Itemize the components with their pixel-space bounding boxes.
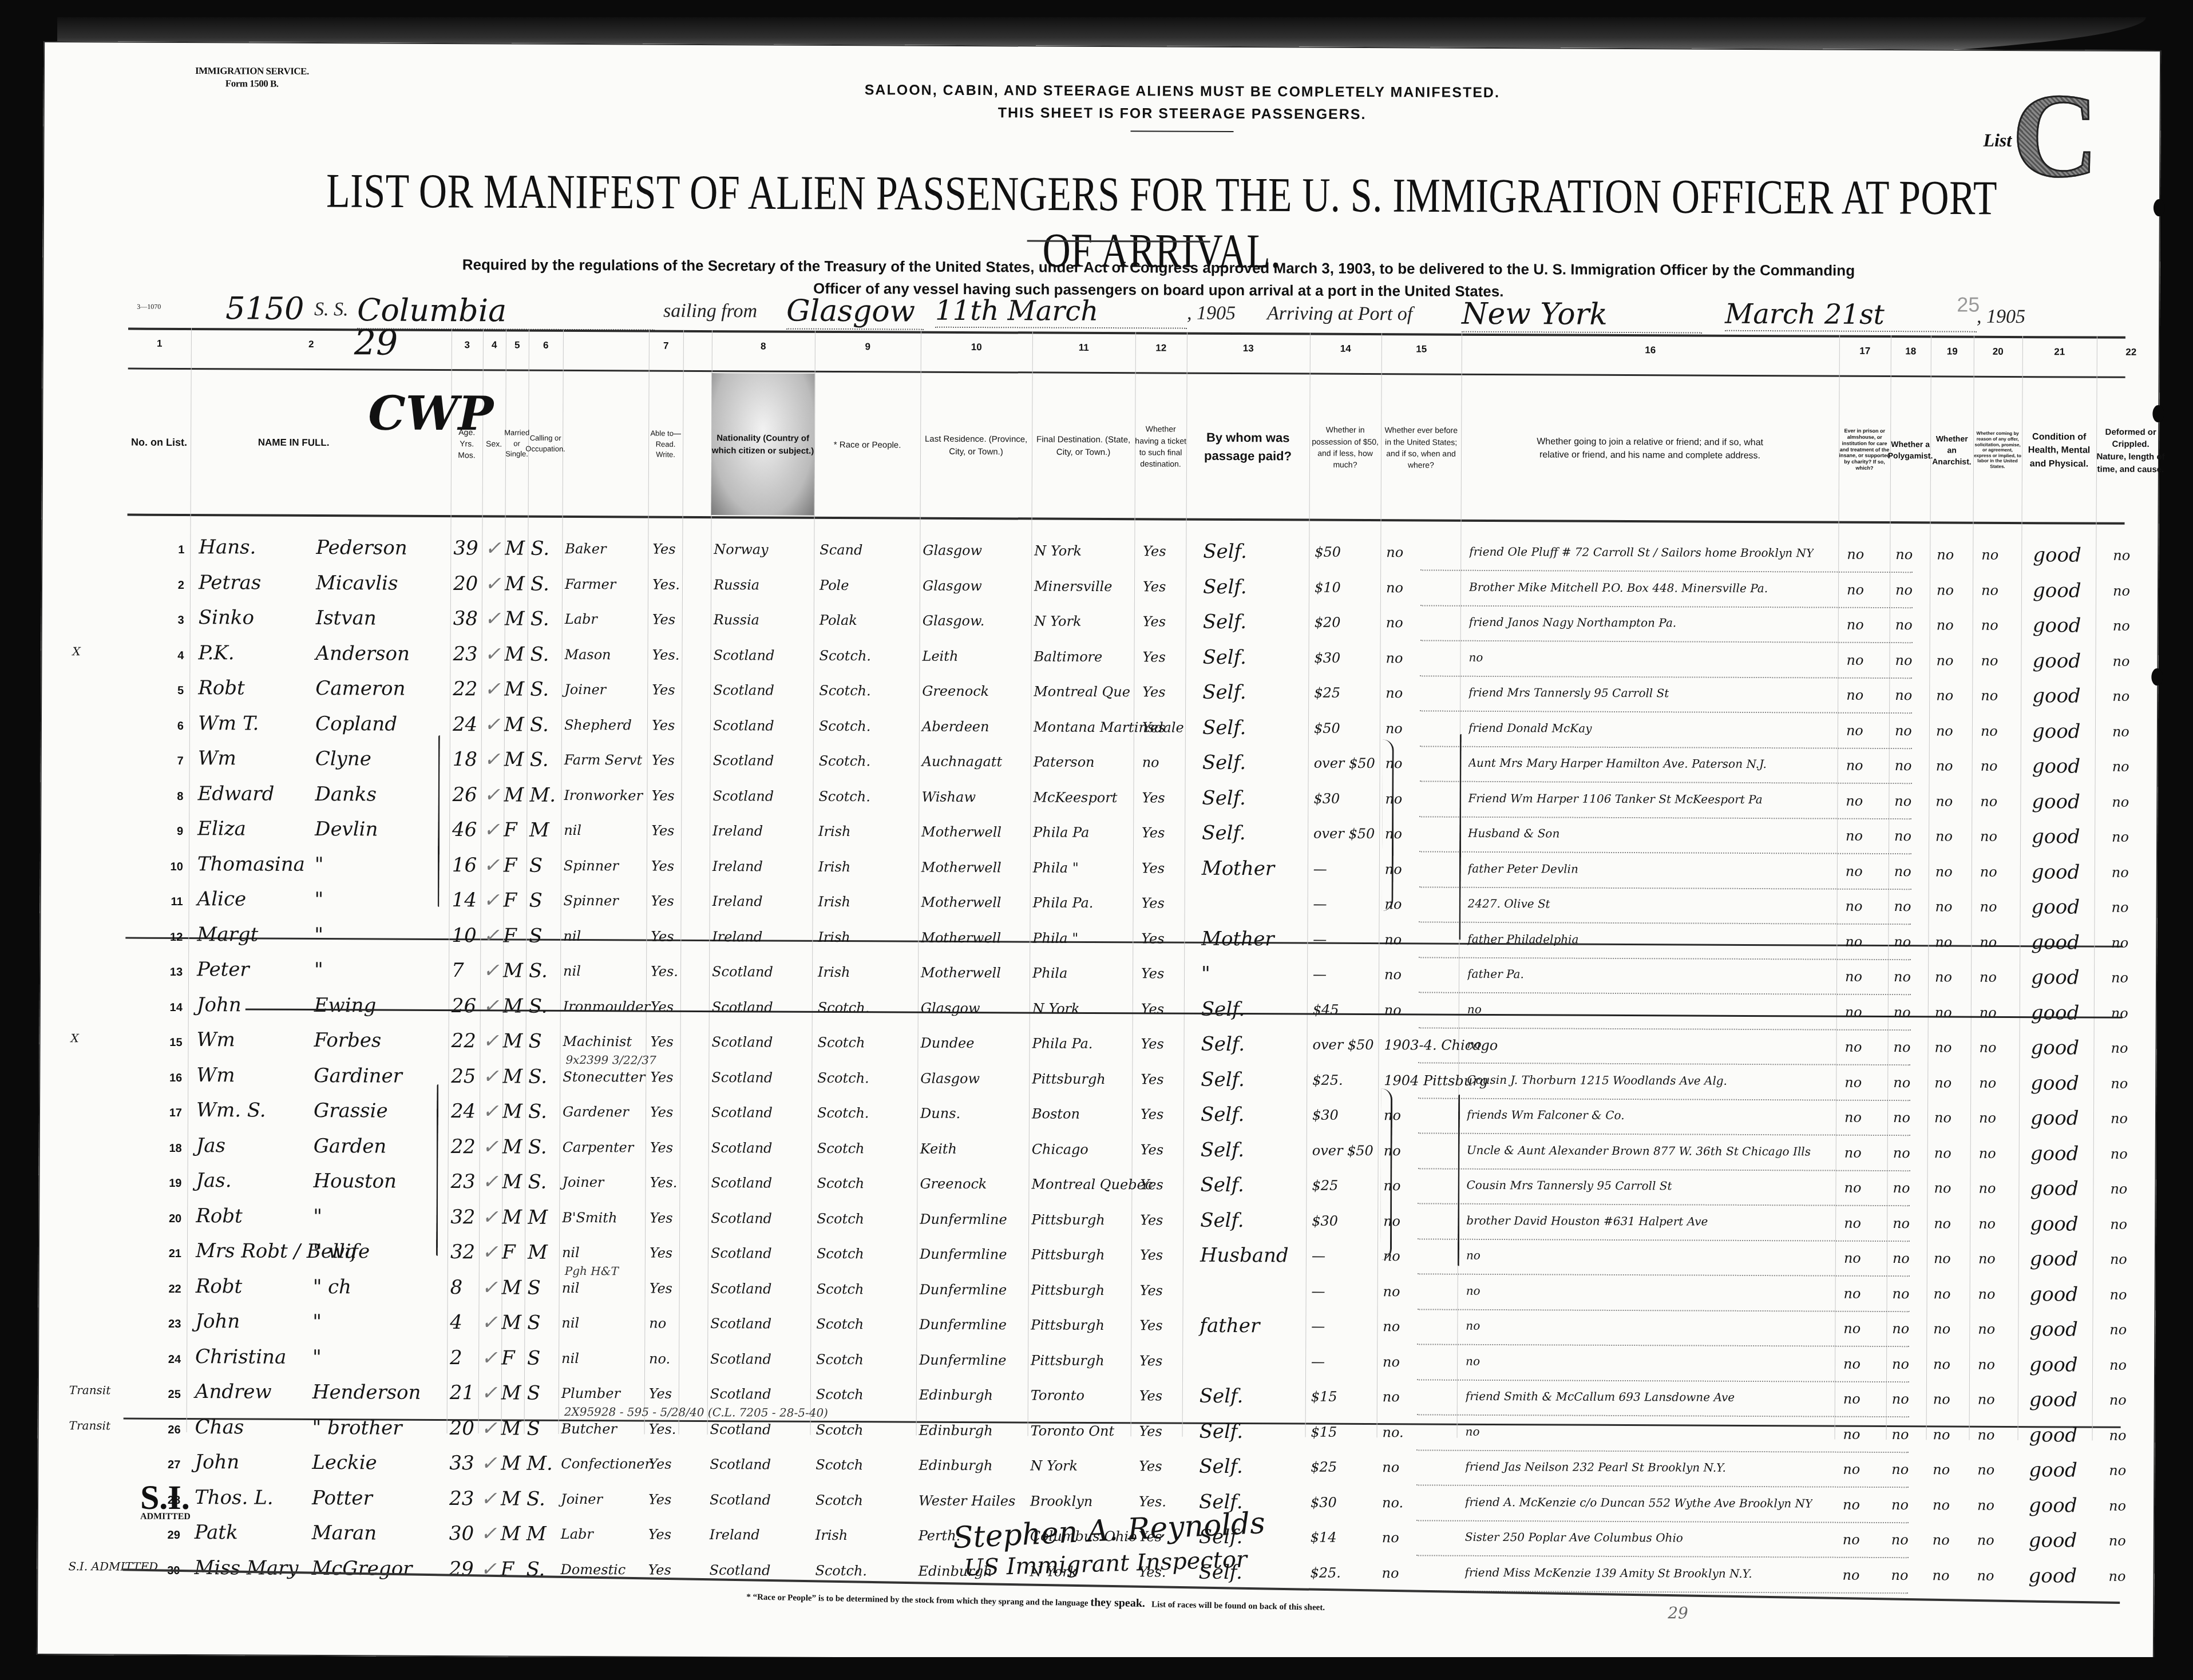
deformed: no bbox=[2112, 723, 2129, 739]
joining-relative: Cousin J. Thorburn 1215 Woodlands Ave Al… bbox=[1467, 1072, 1727, 1087]
contract-labor: no bbox=[1978, 1286, 1996, 1302]
occupation: Farm Servt bbox=[564, 752, 643, 768]
sex: M bbox=[501, 1417, 521, 1440]
margin-note: Transit bbox=[69, 1383, 111, 1397]
check-mark: ✓ bbox=[481, 1522, 497, 1545]
final-destination: Pittsburgh bbox=[1031, 1282, 1105, 1298]
money: $25. bbox=[1310, 1564, 1341, 1580]
anarchist: no bbox=[1935, 898, 1953, 914]
health: good bbox=[2032, 649, 2081, 672]
health: good bbox=[2032, 684, 2081, 707]
margin-note: Transit bbox=[69, 1419, 111, 1432]
nationality: Scotland bbox=[710, 1351, 771, 1367]
money: $50 bbox=[1314, 720, 1340, 736]
ticket: Yes bbox=[1139, 1458, 1162, 1474]
sex: M bbox=[504, 713, 524, 736]
given-name: Wm bbox=[196, 1028, 235, 1051]
voyage-number: 5150 bbox=[225, 290, 304, 327]
polygamist: no bbox=[1893, 1110, 1910, 1126]
final-destination: Pittsburgh bbox=[1031, 1211, 1105, 1228]
final-destination: Paterson bbox=[1034, 754, 1095, 770]
age: 22 bbox=[451, 1135, 476, 1158]
last-residence: Edinburgh bbox=[919, 1422, 993, 1439]
given-name: Wm bbox=[198, 747, 236, 770]
final-destination: Minersville bbox=[1034, 578, 1113, 595]
occupation: nil bbox=[564, 822, 581, 838]
last-residence: Wishaw bbox=[921, 789, 976, 805]
age: 4 bbox=[450, 1311, 462, 1334]
arriving-label: Arriving at Port of bbox=[1267, 303, 1412, 325]
race: Polak bbox=[820, 612, 857, 628]
marital-status: S bbox=[529, 889, 543, 912]
ticket: Yes bbox=[1141, 1036, 1163, 1052]
age: 21 bbox=[450, 1381, 474, 1404]
last-residence: Wester Hailes bbox=[919, 1492, 1015, 1509]
health: good bbox=[2028, 1564, 2077, 1587]
check-mark: ✓ bbox=[483, 959, 500, 982]
health: good bbox=[2029, 1529, 2077, 1552]
given-name: Sinko bbox=[199, 606, 254, 629]
age: 30 bbox=[449, 1522, 474, 1545]
surname: " bbox=[312, 1346, 322, 1369]
anarchist: no bbox=[1935, 863, 1953, 879]
ticket: Yes bbox=[1142, 719, 1165, 735]
manifest-sheet: IMMIGRATION SERVICE. Form 1500 B. SALOON… bbox=[37, 41, 2161, 1664]
read-write: Yes bbox=[651, 999, 674, 1015]
race: Scotch. bbox=[819, 683, 871, 699]
race: Irish bbox=[816, 1527, 848, 1543]
sex: M bbox=[504, 643, 524, 665]
last-residence: Auchnagatt bbox=[922, 754, 1003, 770]
occupation: Domestic bbox=[560, 1561, 626, 1577]
deformed: no bbox=[2109, 1533, 2126, 1549]
sex: M bbox=[501, 1381, 521, 1404]
race: Scotch. bbox=[819, 718, 871, 734]
age: 33 bbox=[449, 1452, 474, 1475]
passage-paid-by: Self. bbox=[1202, 786, 1246, 809]
check-mark: ✓ bbox=[482, 1135, 499, 1158]
polygamist: no bbox=[1893, 1145, 1910, 1161]
health: good bbox=[2030, 1107, 2079, 1130]
marital-status: S. bbox=[529, 994, 548, 1017]
anarchist: no bbox=[1933, 1497, 1950, 1513]
polygamist: no bbox=[1894, 898, 1911, 914]
surname: " bbox=[312, 1310, 322, 1333]
column-header-last-residence: Last Residence. (Province, City, or Town… bbox=[920, 377, 1032, 515]
column-header-race: * Race or People. bbox=[814, 377, 921, 514]
polygamist: no bbox=[1894, 863, 1911, 879]
nationality: Scotland bbox=[710, 1456, 771, 1472]
contract-labor: no bbox=[1980, 969, 1997, 985]
admitted-stamp: S.I. ADMITTED bbox=[140, 1478, 191, 1522]
race: Pole bbox=[820, 577, 849, 593]
last-residence: Dunfermline bbox=[919, 1317, 1007, 1333]
surname: " bbox=[315, 888, 324, 911]
footnote-emphasis: they speak. bbox=[1090, 1596, 1145, 1610]
given-name: John bbox=[195, 1451, 239, 1473]
read-write: Yes bbox=[651, 787, 674, 803]
previously-in-us: no bbox=[1382, 1459, 1399, 1475]
age: 32 bbox=[450, 1241, 475, 1263]
passage-paid-by: Self. bbox=[1201, 1068, 1245, 1091]
marital-status: S. bbox=[527, 1487, 545, 1510]
arrival-port: New York bbox=[1462, 297, 1702, 334]
given-name: Robt bbox=[198, 676, 245, 699]
nationality: Scotland bbox=[710, 1421, 771, 1437]
prison: no bbox=[1846, 828, 1863, 844]
joining-relative: 2427. Olive St bbox=[1468, 897, 1550, 911]
final-destination: Phila " bbox=[1033, 859, 1079, 875]
warning-line-2: THIS SHEET IS FOR STEERAGE PASSENGERS. bbox=[782, 101, 1583, 126]
read-write: Yes bbox=[651, 858, 674, 874]
prison: no bbox=[1844, 1180, 1861, 1196]
age: 18 bbox=[453, 748, 477, 771]
money: over $50 bbox=[1312, 1037, 1373, 1053]
prison: no bbox=[1843, 1461, 1860, 1477]
read-write: Yes bbox=[648, 1527, 671, 1543]
final-destination: Baltimore bbox=[1034, 648, 1102, 665]
given-name: Robt bbox=[196, 1204, 243, 1227]
passage-paid-by: Self. bbox=[1199, 1455, 1243, 1478]
health: good bbox=[2032, 720, 2081, 743]
health: good bbox=[2030, 1072, 2079, 1095]
column-number: 13 bbox=[1187, 343, 1310, 355]
passage-paid-by: Self. bbox=[1200, 1174, 1244, 1196]
marital-status: S. bbox=[530, 678, 549, 701]
marital-status: S bbox=[529, 854, 543, 877]
prison: no bbox=[1844, 1215, 1861, 1231]
family-bracket bbox=[1382, 739, 1394, 911]
surname: " bbox=[314, 958, 323, 981]
given-name: Thos. L. bbox=[195, 1486, 274, 1509]
surname: Maran bbox=[312, 1521, 377, 1544]
marital-status: S bbox=[527, 1382, 540, 1405]
polygamist: no bbox=[1891, 1567, 1908, 1583]
surname: Copland bbox=[315, 712, 397, 736]
surname: Pederson bbox=[316, 536, 407, 560]
column-header-anarchist: Whether an Anarchist. bbox=[1930, 381, 1974, 518]
check-mark: ✓ bbox=[481, 1487, 497, 1510]
marital-status: S bbox=[527, 1346, 540, 1369]
sex: M bbox=[504, 748, 524, 771]
anarchist: no bbox=[1933, 1391, 1950, 1407]
contract-labor: no bbox=[1978, 1251, 1996, 1267]
surname: Istvan bbox=[316, 607, 377, 629]
deformed: no bbox=[2111, 934, 2128, 950]
final-destination: N York bbox=[1034, 543, 1082, 559]
nationality: Scotland bbox=[713, 682, 774, 698]
anarchist: no bbox=[1936, 652, 1953, 668]
final-destination: Phila Pa bbox=[1033, 824, 1089, 840]
row-number: 2 bbox=[161, 579, 184, 592]
health: good bbox=[2029, 1424, 2077, 1447]
final-destination: Chicago bbox=[1032, 1141, 1088, 1157]
polygamist: no bbox=[1892, 1391, 1909, 1407]
joining-relative: Husband & Son bbox=[1468, 826, 1559, 841]
polygamist: no bbox=[1895, 546, 1913, 562]
nationality: Ireland bbox=[712, 893, 763, 909]
row-number: 24 bbox=[158, 1353, 181, 1366]
anarchist: no bbox=[1934, 1215, 1951, 1231]
money: $15 bbox=[1311, 1424, 1337, 1440]
polygamist: no bbox=[1893, 1286, 1910, 1302]
margin-note: X bbox=[71, 1031, 79, 1045]
deformed: no bbox=[2112, 864, 2129, 880]
race: Scotch. bbox=[819, 647, 871, 663]
column-number: 2 bbox=[300, 339, 323, 350]
joining-relative: Sister 250 Poplar Ave Columbus Ohio bbox=[1465, 1530, 1683, 1545]
column-number: 8 bbox=[712, 340, 815, 352]
race: Irish bbox=[818, 894, 851, 910]
occupation: Shepherd bbox=[564, 716, 632, 733]
row-number: 23 bbox=[158, 1318, 181, 1331]
contract-labor: no bbox=[1981, 652, 1998, 668]
column-number: 4 bbox=[483, 339, 506, 351]
anarchist: no bbox=[1933, 1356, 1950, 1372]
column-header-polygamist: Whether a Polygamist. bbox=[1890, 381, 1931, 518]
joining-relative: friend A. McKenzie c/o Duncan 552 Wythe … bbox=[1465, 1495, 1812, 1510]
column-header-contract: Whether coming by reason of any offer, s… bbox=[1973, 382, 2022, 519]
deformed: no bbox=[2112, 759, 2129, 775]
check-mark: ✓ bbox=[484, 643, 501, 665]
surname: Cameron bbox=[315, 677, 405, 700]
binding-hole bbox=[2154, 199, 2165, 216]
sex: M bbox=[502, 1170, 522, 1193]
nationality: Scotland bbox=[711, 1140, 773, 1156]
marital-status: S. bbox=[530, 713, 549, 736]
previously-in-us: no bbox=[1386, 580, 1403, 596]
ticket: Yes bbox=[1143, 579, 1166, 595]
occupation: Plumber bbox=[561, 1385, 620, 1401]
money: over $50 bbox=[1312, 1142, 1373, 1158]
joining-relative: no bbox=[1466, 1354, 1480, 1368]
ticket: Yes bbox=[1141, 1142, 1163, 1158]
nationality: Scotland bbox=[711, 1175, 772, 1191]
joining-relative: Friend Wm Harper 1106 Tanker St McKeespo… bbox=[1468, 791, 1762, 806]
row-number: 9 bbox=[160, 825, 183, 838]
marital-status: M. bbox=[527, 1452, 553, 1475]
sex: M bbox=[505, 607, 525, 630]
joining-relative: brother David Houston #631 Halpert Ave bbox=[1466, 1213, 1708, 1228]
prison: no bbox=[1843, 1496, 1860, 1512]
passage-paid-by: Self. bbox=[1201, 1033, 1245, 1056]
joining-relative: friend Miss McKenzie 139 Amity St Brookl… bbox=[1464, 1565, 1752, 1580]
row-number: 8 bbox=[160, 790, 183, 803]
check-mark: ✓ bbox=[485, 537, 501, 560]
deformed: no bbox=[2112, 900, 2129, 916]
age: 46 bbox=[452, 818, 477, 841]
final-destination: Toronto bbox=[1031, 1387, 1084, 1403]
anarchist: no bbox=[1934, 1039, 1951, 1055]
health: good bbox=[2029, 1459, 2077, 1481]
anarchist: no bbox=[1933, 1532, 1950, 1548]
form-identifier: IMMIGRATION SERVICE. Form 1500 B. bbox=[195, 65, 309, 90]
read-write: Yes bbox=[652, 541, 675, 557]
joining-relative: father Peter Devlin bbox=[1468, 861, 1578, 875]
binding-hole bbox=[2152, 405, 2164, 422]
prison: no bbox=[1846, 863, 1863, 879]
joining-relative: friend Smith & McCallum 693 Lansdowne Av… bbox=[1466, 1389, 1735, 1404]
health: good bbox=[2029, 1494, 2077, 1517]
race: Scotch. bbox=[818, 999, 870, 1015]
check-mark: ✓ bbox=[482, 1206, 498, 1229]
read-write: Yes. bbox=[651, 964, 678, 980]
last-residence: Dunfermline bbox=[920, 1211, 1007, 1227]
read-write: Yes. bbox=[650, 1175, 677, 1191]
final-destination: N York bbox=[1032, 1000, 1080, 1016]
sex: F bbox=[504, 818, 517, 841]
age: 22 bbox=[453, 677, 477, 700]
marital-status: S bbox=[527, 1311, 540, 1334]
age: 32 bbox=[450, 1206, 475, 1229]
check-mark: ✓ bbox=[484, 783, 500, 806]
joining-relative: no bbox=[1467, 1002, 1482, 1016]
occupation: nil bbox=[563, 928, 581, 944]
read-write: Yes bbox=[650, 1280, 672, 1296]
check-mark: ✓ bbox=[481, 1311, 498, 1334]
ss-label: S. S. bbox=[314, 299, 349, 320]
surname: Grassie bbox=[314, 1099, 388, 1123]
age: 38 bbox=[453, 607, 478, 630]
surname: Leckie bbox=[312, 1451, 377, 1474]
money: $25 bbox=[1312, 1178, 1338, 1194]
anarchist: no bbox=[1936, 687, 1953, 703]
deformed: no bbox=[2111, 970, 2128, 986]
surname: Gardiner bbox=[314, 1064, 402, 1088]
health: good bbox=[2033, 614, 2081, 637]
ticket: Yes bbox=[1140, 1247, 1163, 1263]
polygamist: no bbox=[1892, 1356, 1909, 1372]
marital-status: M. bbox=[529, 783, 556, 806]
deformed: no bbox=[2111, 1075, 2128, 1091]
marital-status: S bbox=[528, 1276, 541, 1299]
nationality: Scotland bbox=[711, 1281, 772, 1297]
previously-in-us: no bbox=[1386, 685, 1403, 701]
header-scrawl-count: 29 bbox=[354, 323, 398, 363]
check-mark: ✓ bbox=[482, 1065, 499, 1088]
race: Scotch. bbox=[817, 1069, 869, 1085]
occupation: Confectioner bbox=[561, 1456, 651, 1472]
sex: M bbox=[501, 1311, 521, 1334]
passage-paid-by: Self. bbox=[1201, 1138, 1245, 1161]
surname: Ewing bbox=[314, 994, 377, 1017]
sex: F bbox=[504, 854, 517, 877]
money: — bbox=[1311, 1318, 1325, 1334]
nationality: Scotland bbox=[711, 1034, 773, 1050]
given-name: John bbox=[197, 993, 242, 1016]
read-write: Yes bbox=[651, 823, 674, 839]
occupation: Mason bbox=[564, 646, 611, 662]
last-residence: Aberdeen bbox=[922, 718, 989, 735]
contract-labor: no bbox=[1979, 1110, 1996, 1126]
race: Scand bbox=[820, 542, 862, 558]
money: $15 bbox=[1311, 1389, 1337, 1405]
occupation: Spinner bbox=[564, 893, 619, 909]
side-code: 3—1070 bbox=[137, 303, 161, 311]
final-destination: Pittsburgh bbox=[1031, 1352, 1105, 1369]
contract-labor: no bbox=[1977, 1567, 1994, 1583]
sex: M bbox=[503, 959, 523, 982]
money: over $50 bbox=[1314, 755, 1375, 771]
sex: M bbox=[502, 1135, 522, 1158]
age: 23 bbox=[449, 1487, 474, 1510]
nationality: Scotland bbox=[710, 1492, 771, 1508]
deformed: no bbox=[2112, 653, 2129, 669]
final-destination: Montreal Quebec bbox=[1031, 1176, 1153, 1192]
anarchist: no bbox=[1932, 1567, 1949, 1583]
sex: M bbox=[502, 1029, 522, 1052]
surname: Danks bbox=[315, 783, 377, 806]
anarchist: no bbox=[1937, 546, 1954, 562]
read-write: Yes bbox=[648, 1491, 671, 1507]
deformed: no bbox=[2109, 1392, 2127, 1408]
previously-in-us: no bbox=[1383, 1318, 1400, 1334]
nationality: Scotland bbox=[713, 718, 774, 734]
surname: Anderson bbox=[315, 642, 410, 665]
race: Scotch. bbox=[818, 788, 870, 804]
race: Scotch bbox=[817, 1035, 865, 1051]
polygamist: no bbox=[1895, 617, 1913, 633]
age: 16 bbox=[452, 854, 477, 877]
deformed: no bbox=[2110, 1216, 2127, 1232]
row-number: 12 bbox=[160, 930, 183, 944]
health: good bbox=[2030, 1283, 2079, 1306]
deformed: no bbox=[2113, 583, 2130, 599]
passage-paid-by: Self. bbox=[1203, 540, 1247, 563]
surname: Potter bbox=[312, 1487, 373, 1509]
surname: Forbes bbox=[314, 1029, 381, 1052]
given-name: Andrew bbox=[195, 1380, 272, 1404]
sex: M bbox=[505, 537, 525, 560]
departure-year: , 1905 bbox=[1187, 303, 1236, 324]
final-destination: Phila Pa. bbox=[1033, 894, 1094, 910]
marital-status: M bbox=[528, 1206, 548, 1229]
money: $45 bbox=[1313, 1001, 1339, 1017]
joining-relative: friends Wm Falconer & Co. bbox=[1467, 1108, 1625, 1122]
divider bbox=[128, 368, 2125, 378]
contract-labor: no bbox=[1977, 1462, 1994, 1478]
prison: no bbox=[1847, 617, 1864, 633]
anarchist: no bbox=[1935, 1004, 1952, 1020]
money: — bbox=[1313, 861, 1327, 877]
joining-relative: Brother Mike Mitchell P.O. Box 448. Mine… bbox=[1469, 580, 1768, 595]
passage-paid-by: Self. bbox=[1202, 822, 1246, 845]
row-number: 4 bbox=[161, 649, 184, 662]
money: over $50 bbox=[1313, 826, 1375, 842]
contract-labor: no bbox=[1980, 899, 1997, 915]
money: $30 bbox=[1313, 790, 1340, 806]
money: $10 bbox=[1315, 579, 1341, 595]
surname: Micavlis bbox=[316, 572, 398, 595]
health: good bbox=[2032, 896, 2080, 918]
column-header-read-write: Able to— Read. Write. bbox=[648, 376, 683, 513]
last-residence: Keith bbox=[920, 1140, 957, 1156]
service-label: IMMIGRATION SERVICE. bbox=[195, 65, 309, 78]
joining-relative: father Pa. bbox=[1467, 967, 1524, 981]
nationality: Russia bbox=[714, 577, 759, 593]
polygamist: no bbox=[1891, 1532, 1909, 1548]
surname: McGregor bbox=[311, 1557, 412, 1580]
polygamist: no bbox=[1892, 1321, 1909, 1337]
given-name: Peter bbox=[197, 958, 250, 981]
last-residence: Greenock bbox=[920, 1176, 987, 1192]
ticket: Yes bbox=[1141, 1106, 1163, 1122]
passage-paid-by: Self. bbox=[1200, 1420, 1244, 1443]
ticket: Yes bbox=[1142, 649, 1165, 665]
race: Scotch bbox=[817, 1210, 864, 1226]
nationality: Ireland bbox=[712, 823, 763, 839]
surname: Garden bbox=[314, 1135, 387, 1158]
